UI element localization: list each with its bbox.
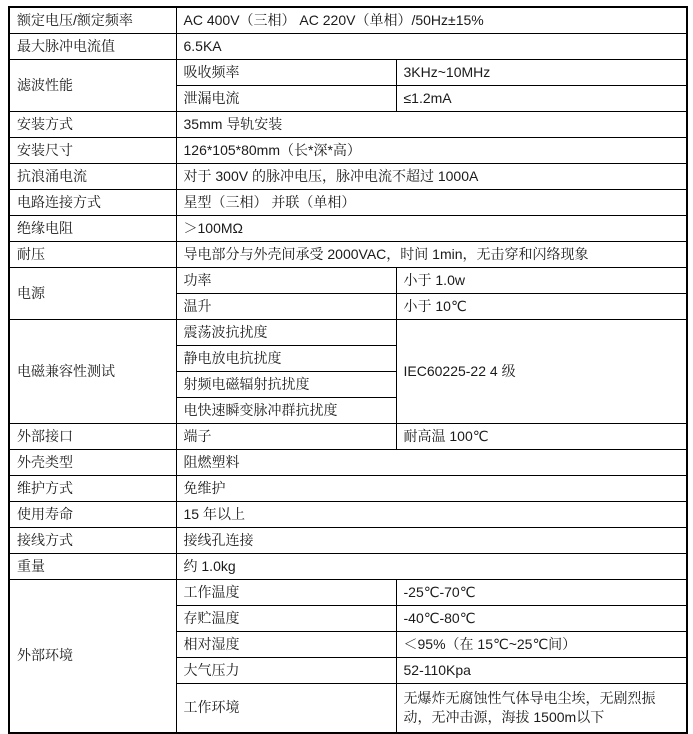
- spec-subname: 相对湿度: [176, 631, 396, 657]
- spec-subname: 静电放电抗扰度: [176, 345, 396, 371]
- spec-label: 外壳类型: [9, 449, 176, 475]
- row-insulation-resistance: 绝缘电阻 ＞100MΩ: [9, 215, 687, 241]
- spec-subname: 泄漏电流: [176, 85, 396, 111]
- spec-label: 额定电压/额定频率: [9, 7, 176, 33]
- row-env-work-temp: 外部环境 工作温度 -25℃-70℃: [9, 579, 687, 605]
- spec-label: 抗浪涌电流: [9, 163, 176, 189]
- spec-value: -25℃-70℃: [396, 579, 687, 605]
- row-power-wattage: 电源 功率 小于 1.0w: [9, 267, 687, 293]
- row-external-interface: 外部接口 端子 耐高温 100℃: [9, 423, 687, 449]
- row-filter-absorb-freq: 滤波性能 吸收频率 3KHz~10MHz: [9, 59, 687, 85]
- spec-label: 外部环境: [9, 579, 176, 733]
- spec-subname: 震荡波抗扰度: [176, 319, 396, 345]
- spec-value: 3KHz~10MHz: [396, 59, 687, 85]
- spec-subname: 存贮温度: [176, 605, 396, 631]
- spec-page: 额定电压/额定频率 AC 400V（三相） AC 220V（单相）/50Hz±1…: [0, 0, 693, 732]
- row-maintenance: 维护方式 免维护: [9, 475, 687, 501]
- spec-value: 52-110Kpa: [396, 657, 687, 683]
- row-withstand-voltage: 耐压 导电部分与外壳间承受 2000VAC，时间 1min，无击穿和闪络现象: [9, 241, 687, 267]
- spec-value: 小于 1.0w: [396, 267, 687, 293]
- spec-subname: 端子: [176, 423, 396, 449]
- row-lifespan: 使用寿命 15 年以上: [9, 501, 687, 527]
- row-rated-voltage: 额定电压/额定频率 AC 400V（三相） AC 220V（单相）/50Hz±1…: [9, 7, 687, 33]
- spec-value: 免维护: [176, 475, 687, 501]
- spec-value: AC 400V（三相） AC 220V（单相）/50Hz±15%: [176, 7, 687, 33]
- spec-label: 最大脉冲电流值: [9, 33, 176, 59]
- spec-subname: 吸收频率: [176, 59, 396, 85]
- row-emc-test-1: 电磁兼容性测试 震荡波抗扰度 IEC60225-22 4 级: [9, 319, 687, 345]
- spec-subname: 射频电磁辐射抗扰度: [176, 371, 396, 397]
- spec-value: 约 1.0kg: [176, 553, 687, 579]
- spec-label: 耐压: [9, 241, 176, 267]
- spec-subname: 工作环境: [176, 683, 396, 733]
- row-circuit-connection: 电路连接方式 星型（三相） 并联（单相）: [9, 189, 687, 215]
- spec-subname: 工作温度: [176, 579, 396, 605]
- spec-value: 星型（三相） 并联（单相）: [176, 189, 687, 215]
- spec-value: ＜95%（在 15℃~25℃间）: [396, 631, 687, 657]
- spec-label: 使用寿命: [9, 501, 176, 527]
- row-shell-type: 外壳类型 阻燃塑料: [9, 449, 687, 475]
- spec-value: 导电部分与外壳间承受 2000VAC，时间 1min，无击穿和闪络现象: [176, 241, 687, 267]
- spec-label: 外部接口: [9, 423, 176, 449]
- spec-value: -40℃-80℃: [396, 605, 687, 631]
- spec-label: 绝缘电阻: [9, 215, 176, 241]
- spec-subname: 大气压力: [176, 657, 396, 683]
- row-max-pulse-current: 最大脉冲电流值 6.5KA: [9, 33, 687, 59]
- spec-label: 电源: [9, 267, 176, 319]
- spec-value: 阻燃塑料: [176, 449, 687, 475]
- spec-value: 接线孔连接: [176, 527, 687, 553]
- spec-table: 额定电压/额定频率 AC 400V（三相） AC 220V（单相）/50Hz±1…: [8, 6, 688, 734]
- spec-label: 电磁兼容性测试: [9, 319, 176, 423]
- spec-value: 耐高温 100℃: [396, 423, 687, 449]
- spec-value: 小于 10℃: [396, 293, 687, 319]
- spec-value: 6.5KA: [176, 33, 687, 59]
- spec-value: 对于 300V 的脉冲电压，脉冲电流不超过 1000A: [176, 163, 687, 189]
- spec-value: ＞100MΩ: [176, 215, 687, 241]
- spec-subname: 功率: [176, 267, 396, 293]
- spec-label: 维护方式: [9, 475, 176, 501]
- spec-label: 重量: [9, 553, 176, 579]
- row-wiring-method: 接线方式 接线孔连接: [9, 527, 687, 553]
- spec-subname: 温升: [176, 293, 396, 319]
- spec-value: 无爆炸无腐蚀性气体导电尘埃，无剧烈振动，无冲击源，海拔 1500m以下: [396, 683, 687, 733]
- spec-value: 35mm 导轨安装: [176, 111, 687, 137]
- row-surge-current: 抗浪涌电流 对于 300V 的脉冲电压，脉冲电流不超过 1000A: [9, 163, 687, 189]
- spec-value: 15 年以上: [176, 501, 687, 527]
- spec-value: ≤1.2mA: [396, 85, 687, 111]
- spec-label: 电路连接方式: [9, 189, 176, 215]
- spec-label: 安装方式: [9, 111, 176, 137]
- spec-label: 安装尺寸: [9, 137, 176, 163]
- spec-subname: 电快速瞬变脉冲群抗扰度: [176, 397, 396, 423]
- spec-value: IEC60225-22 4 级: [396, 319, 687, 423]
- row-weight: 重量 约 1.0kg: [9, 553, 687, 579]
- spec-label: 接线方式: [9, 527, 176, 553]
- spec-label: 滤波性能: [9, 59, 176, 111]
- row-mount-method: 安装方式 35mm 导轨安装: [9, 111, 687, 137]
- row-mount-size: 安装尺寸 126*105*80mm（长*深*高）: [9, 137, 687, 163]
- spec-value: 126*105*80mm（长*深*高）: [176, 137, 687, 163]
